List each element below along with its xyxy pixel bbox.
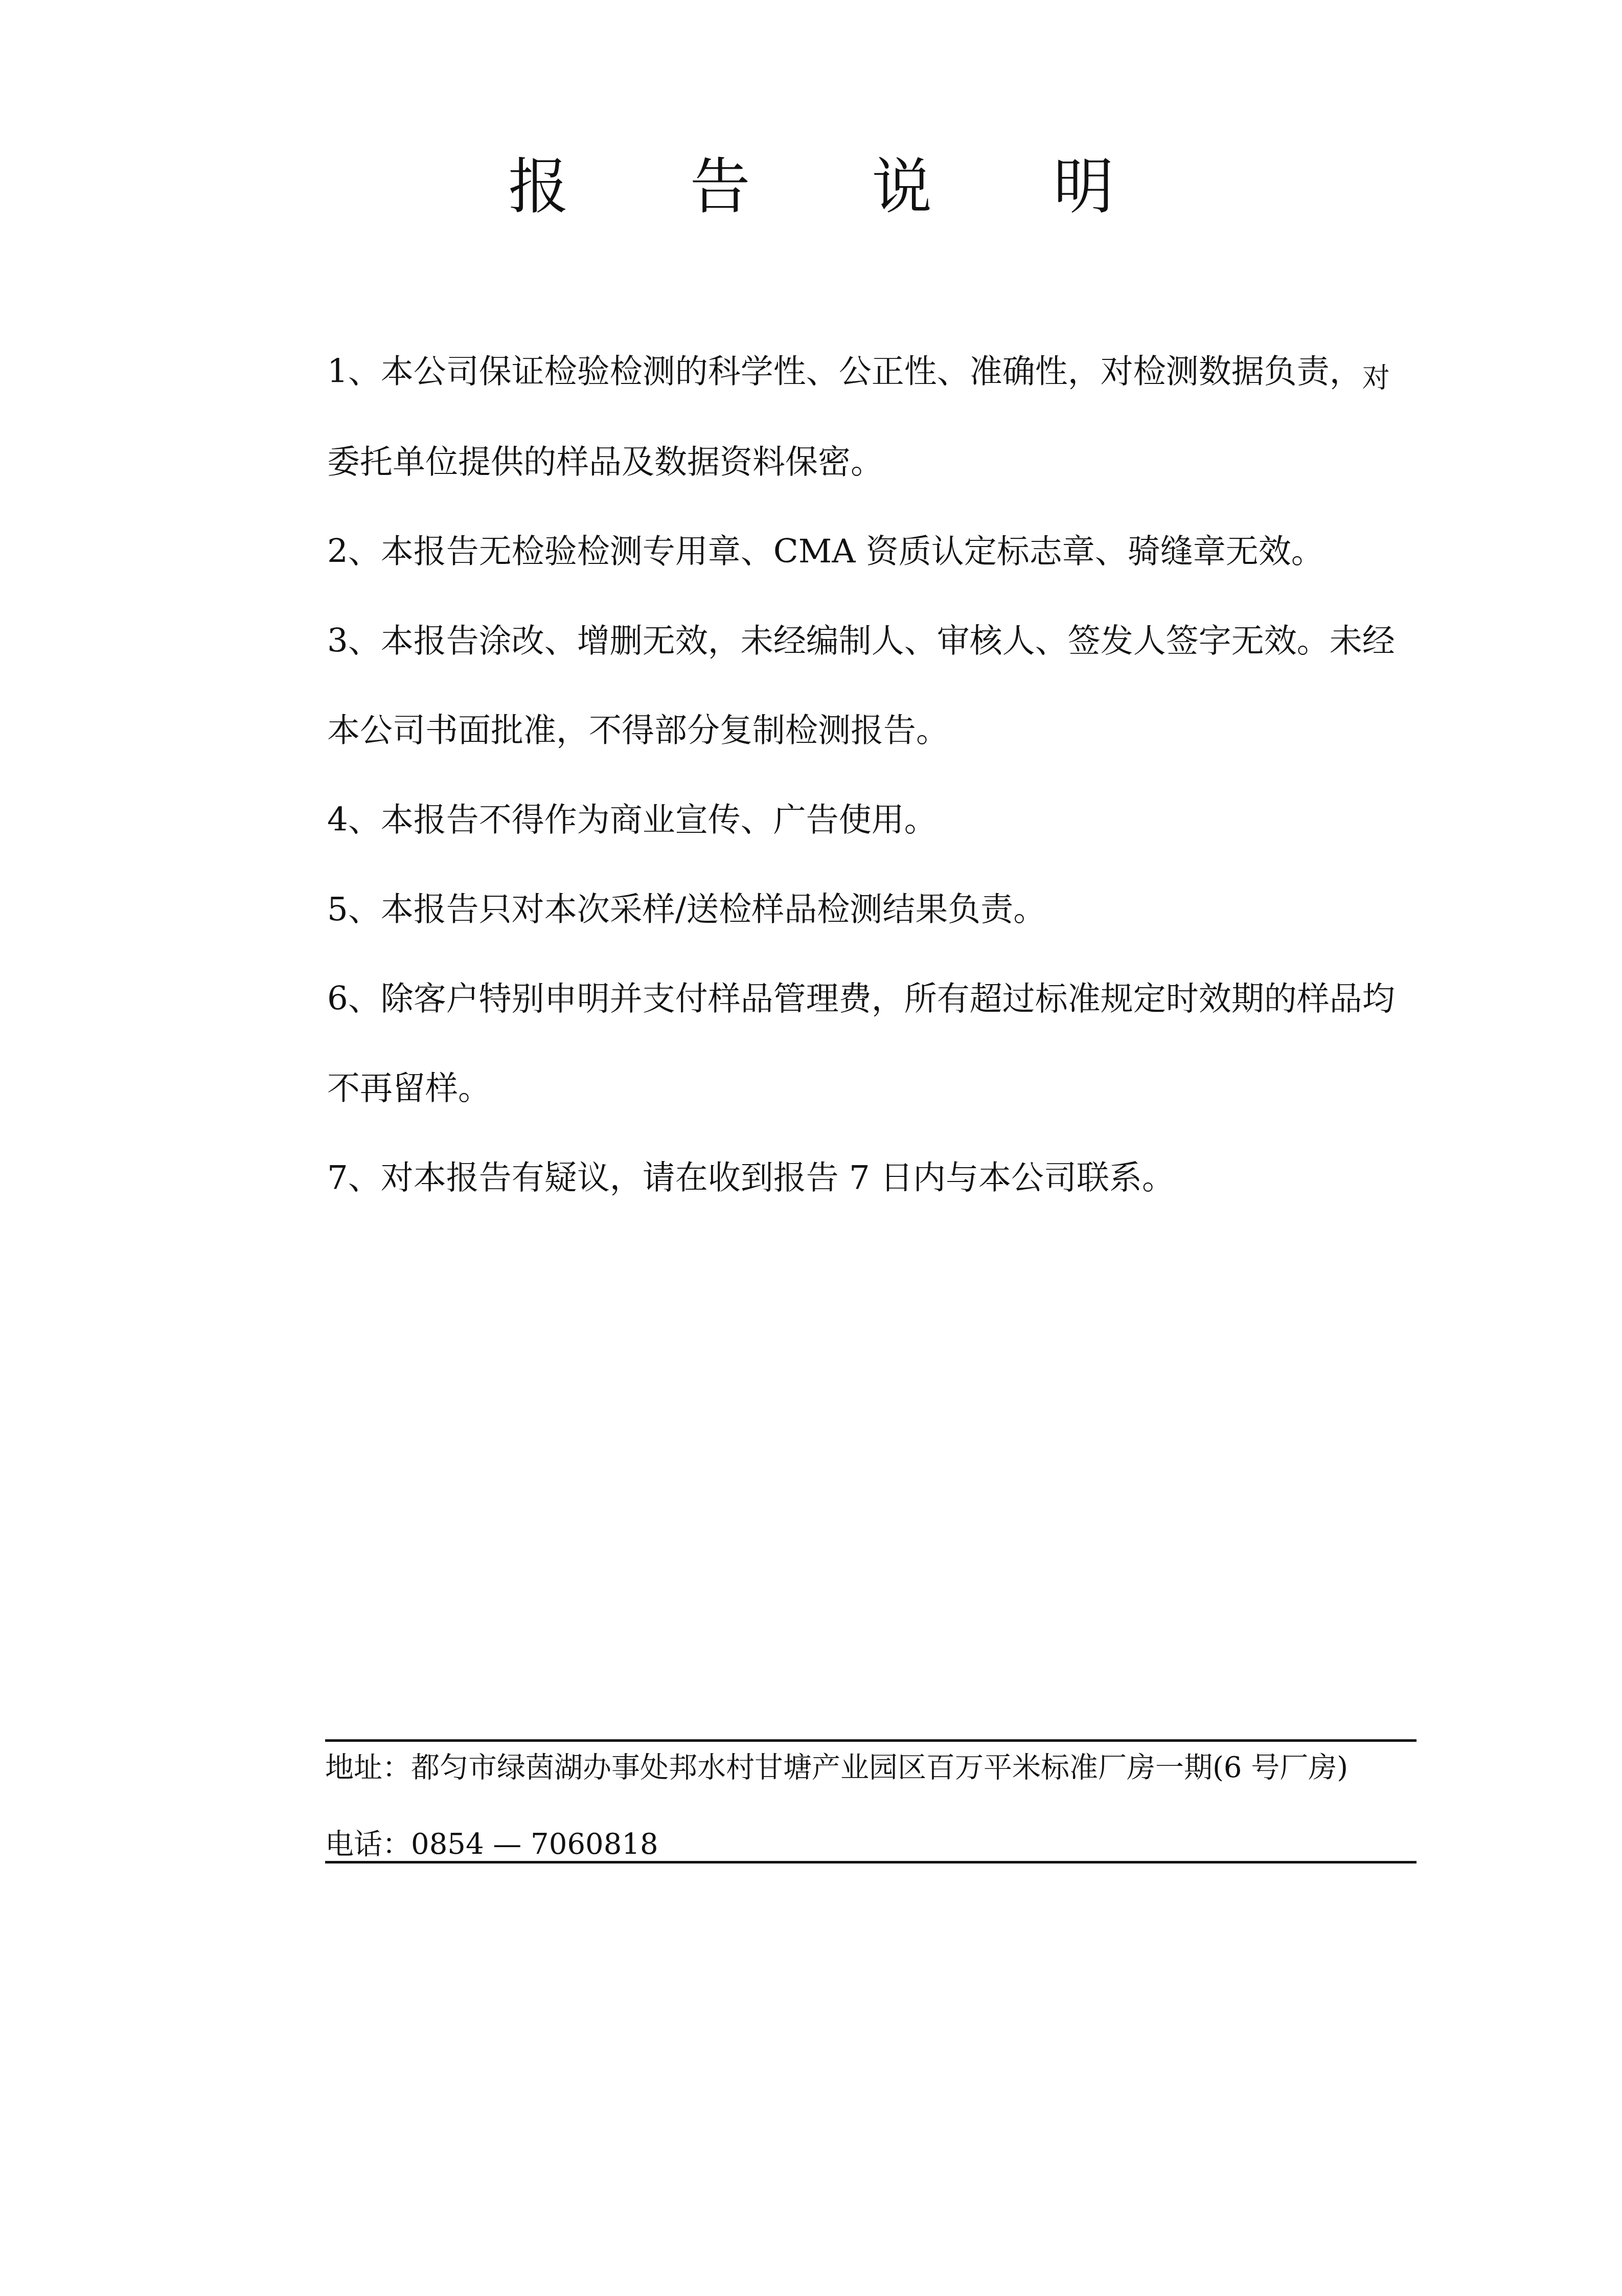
- clause-3-overflow-text: 未经: [1330, 622, 1395, 660]
- clause-1-overflow-text: 对: [1362, 362, 1390, 394]
- clause-1-line-2: 委托单位提供的样品及数据资料保密。: [327, 418, 1452, 507]
- clause-1-text: 1、本公司保证检验检测的科学性、公正性、准确性，对检测数据负责，: [327, 353, 1362, 391]
- phone-label: 电话：: [325, 1828, 411, 1861]
- footer-address: 地址：都匀市绿茵湖办事处邦水村甘塘产业园区百万平米标准厂房一期(6 号厂房): [325, 1747, 1348, 1788]
- footer-divider-bottom: [325, 1861, 1417, 1863]
- phone-value: 0854 — 7060818: [411, 1828, 658, 1861]
- footer-phone: 电话：0854 — 7060818: [325, 1824, 658, 1865]
- address-label: 地址：: [325, 1751, 411, 1784]
- clause-7: 7、对本报告有疑议，请在收到报告 7 日内与本公司联系。: [327, 1133, 1452, 1223]
- clause-3-line-2: 本公司书面批准，不得部分复制检测报告。: [327, 686, 1452, 776]
- clause-3-line-1: 3、本报告涂改、增删无效，未经编制人、审核人、签发人签字无效。未经: [327, 597, 1452, 686]
- clause-4: 4、本报告不得作为商业宣传、广告使用。: [327, 776, 1452, 865]
- clause-5: 5、本报告只对本次采样/送检样品检测结果负责。: [327, 865, 1452, 954]
- address-value: 都匀市绿茵湖办事处邦水村甘塘产业园区百万平米标准厂房一期(6 号厂房): [411, 1751, 1348, 1784]
- clause-6-line-1: 6、除客户特别申明并支付样品管理费，所有超过标准规定时效期的样品均: [327, 954, 1452, 1044]
- footer-divider-top: [325, 1739, 1417, 1742]
- clause-3-text: 3、本报告涂改、增删无效，未经编制人、审核人、签发人签字无效。: [327, 622, 1330, 660]
- page-title: 报 告 说 明: [0, 148, 1622, 225]
- clause-6-line-2: 不再留样。: [327, 1044, 1452, 1133]
- clause-1-line-1: 1、本公司保证检验检测的科学性、公正性、准确性，对检测数据负责，对: [327, 327, 1452, 418]
- report-clauses: 1、本公司保证检验检测的科学性、公正性、准确性，对检测数据负责，对 委托单位提供…: [327, 327, 1452, 1223]
- clause-2: 2、本报告无检验检测专用章、CMA 资质认定标志章、骑缝章无效。: [327, 507, 1452, 597]
